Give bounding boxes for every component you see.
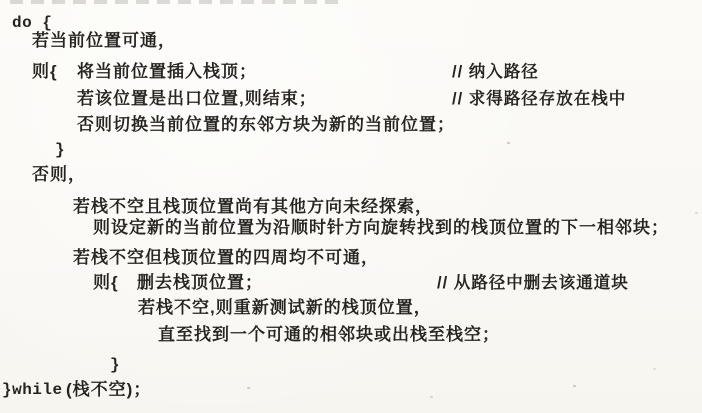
code-text: 直至找到一个可通的相邻块或出栈至栈空；	[158, 325, 500, 345]
code-line: 若当前位置可通，	[0, 31, 702, 53]
code-text: 否则切换当前位置的东邻方块为新的当前位置；	[77, 115, 455, 135]
code-area: do {若当前位置可通，则{将当前位置插入栈顶；// 纳入路径若该位置是出口位置…	[0, 0, 702, 413]
code-line: 若栈不空但栈顶位置的四周均不可通，	[0, 248, 702, 270]
code-text: 若栈不空,则重新测试新的栈顶位置，	[138, 298, 432, 318]
code-text: 若当前位置可通，	[32, 31, 176, 51]
code-text: 若栈不空且栈顶位置尚有其他方向未经探索，	[73, 197, 433, 217]
code-line: 否则切换当前位置的东邻方块为新的当前位置；	[0, 115, 702, 137]
code-text: 若该位置是出口位置,则结束；	[77, 89, 317, 109]
code-keyword: }	[110, 355, 120, 375]
code-line: 直至找到一个可通的相邻块或出栈至栈空；	[0, 325, 702, 347]
scanned-document-page: do {若当前位置可通，则{将当前位置插入栈顶；// 纳入路径若该位置是出口位置…	[0, 0, 702, 413]
code-line: 若栈不空且栈顶位置尚有其他方向未经探索，	[0, 197, 702, 219]
scan-speck	[653, 368, 656, 370]
code-text: (栈不空)；	[66, 380, 151, 400]
code-comment: // 从路径中删去该通道块	[437, 273, 629, 293]
code-text: 若栈不空但栈顶位置的四周均不可通，	[73, 248, 379, 268]
code-text: 则{	[32, 62, 58, 82]
code-text: 将当前位置插入栈顶；	[77, 62, 257, 82]
code-line: }	[0, 355, 702, 377]
code-text: 则设定新的当前位置为沿顺时针方向旋转找到的栈顶位置的下一相邻块；	[93, 218, 669, 238]
code-line: 则{删去栈顶位置；// 从路径中删去该通道块	[0, 273, 702, 295]
code-line: 则设定新的当前位置为沿顺时针方向旋转找到的栈顶位置的下一相邻块；	[0, 218, 702, 240]
code-line: }while(栈不空)；	[0, 380, 702, 402]
code-line: 若该位置是出口位置,则结束；// 求得路径存放在栈中	[0, 89, 702, 111]
scan-speck	[507, 142, 510, 144]
code-text: 删去栈顶位置；	[137, 273, 263, 293]
code-line: }	[0, 140, 702, 162]
code-comment: // 求得路径存放在栈中	[452, 89, 626, 109]
code-line: 若栈不空,则重新测试新的栈顶位置，	[0, 298, 702, 320]
code-keyword: do {	[12, 13, 52, 33]
scan-speck	[247, 387, 250, 389]
code-text: 则{	[93, 273, 119, 293]
scan-speck	[573, 385, 576, 387]
code-line: 则{将当前位置插入栈顶；// 纳入路径	[0, 62, 702, 84]
code-text: 否则，	[32, 165, 86, 185]
code-comment: // 纳入路径	[452, 62, 539, 82]
code-keyword: }while	[2, 380, 63, 400]
code-keyword: }	[55, 140, 65, 160]
code-line: 否则，	[0, 165, 702, 187]
scan-speck	[430, 396, 433, 398]
scan-speck	[695, 212, 698, 214]
